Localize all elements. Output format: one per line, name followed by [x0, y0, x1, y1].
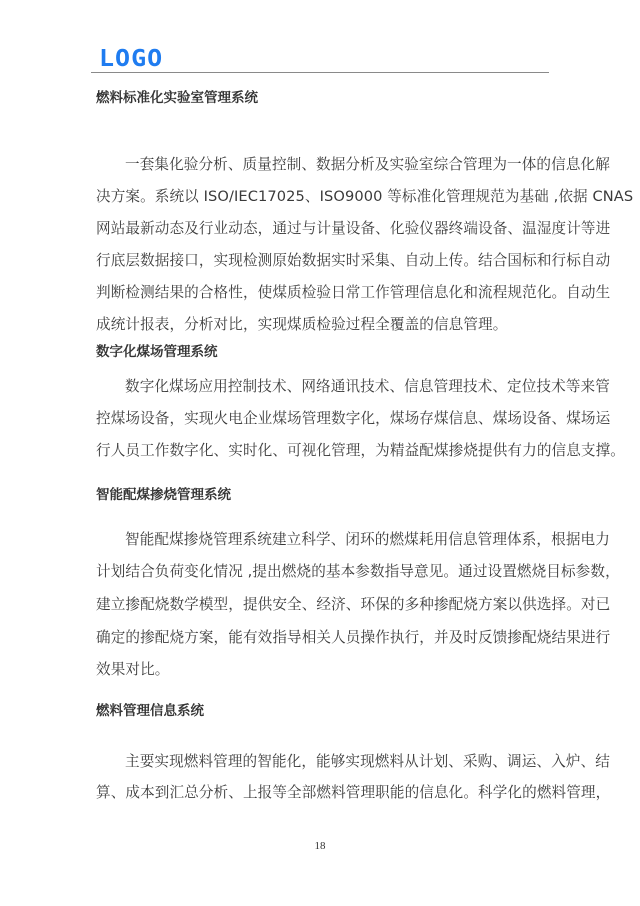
section-heading-coal-yard-system: 数字化煤场管理系统 [96, 343, 218, 361]
logo: LOGO [99, 46, 163, 72]
paragraph-line: 确定的掺配烧方案，能有效指导相关人员操作执行，并及时反馈掺配烧结果进行 [96, 628, 610, 648]
page-number: 18 [0, 840, 640, 852]
paragraph-line: 行人员工作数字化、实时化、可视化管理，为精益配煤掺烧提供有力的信息支撑。 [96, 441, 625, 461]
paragraph-line: 建立掺配烧数学模型，提供安全、经济、环保的多种掺配烧方案以供选择。对已 [96, 595, 610, 615]
paragraph-line: 主要实现燃料管理的智能化，能够实现燃料从计划、采购、调运、入炉、结 [125, 752, 610, 772]
paragraph-line: 成统计报表，分析对比，实现煤质检验过程全覆盖的信息管理。 [96, 315, 507, 335]
paragraph-line: 智能配煤掺烧管理系统建立科学、闭环的燃煤耗用信息管理体系，根据电力 [125, 530, 610, 550]
header-divider [91, 72, 549, 73]
paragraph-line: 数字化煤场应用控制技术、网络通讯技术、信息管理技术、定位技术等来管 [125, 377, 610, 397]
section-heading-fuel-info-system: 燃料管理信息系统 [96, 702, 204, 720]
paragraph-line: 网站最新动态及行业动态，通过与计量设备、化验仪器终端设备、温湿度计等进 [96, 219, 610, 239]
paragraph-line: 控煤场设备，实现火电企业煤场管理数字化，煤场存煤信息、煤场设备、煤场运 [96, 409, 610, 429]
paragraph-line: 算、成本到汇总分析、上报等全部燃料管理职能的信息化。科学化的燃料管理， [96, 783, 610, 803]
paragraph-line: 判断检测结果的合格性，使煤质检验日常工作管理信息化和流程规范化。自动生 [96, 283, 610, 303]
section-heading-coal-blending-system: 智能配煤掺烧管理系统 [96, 486, 231, 504]
section-heading-lab-system: 燃料标准化实验室管理系统 [96, 89, 258, 107]
paragraph-line: 决方案。系统以 ISO/IEC17025、ISO9000 等标准化管理规范为基础… [96, 187, 633, 207]
paragraph-line: 计划结合负荷变化情况 ,提出燃烧的基本参数指导意见。通过设置燃烧目标参数， [96, 562, 620, 582]
paragraph-line: 效果对比。 [96, 660, 169, 680]
paragraph-line: 一套集化验分析、质量控制、数据分析及实验室综合管理为一体的信息化解 [125, 155, 610, 175]
paragraph-line: 行底层数据接口，实现检测原始数据实时采集、自动上传。结合国标和行标自动 [96, 251, 610, 271]
